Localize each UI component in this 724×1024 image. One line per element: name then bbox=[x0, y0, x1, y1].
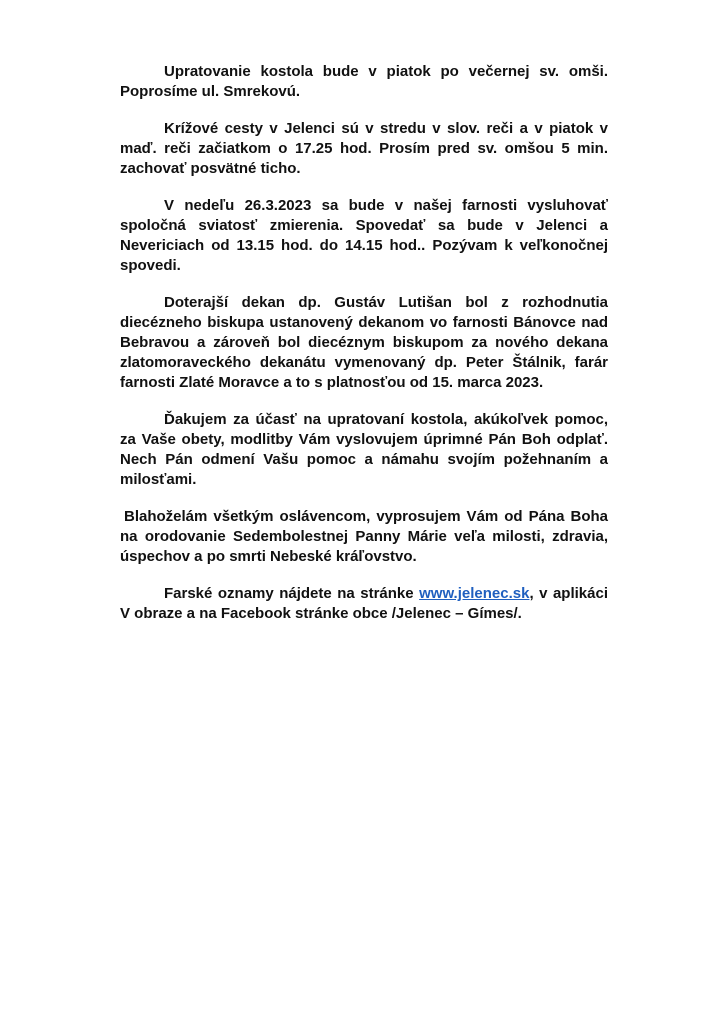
document-page: Upratovanie kostola bude v piatok po več… bbox=[120, 62, 608, 641]
paragraph-confession: V nedeľu 26.3.2023 sa bude v našej farno… bbox=[120, 196, 608, 276]
paragraph-announcements-info: Farské oznamy nájdete na stránke www.jel… bbox=[120, 584, 608, 624]
paragraph-stations-of-cross: Krížové cesty v Jelenci sú v stredu v sl… bbox=[120, 119, 608, 179]
announcements-text-before-link: Farské oznamy nájdete na stránke bbox=[164, 585, 419, 602]
paragraph-church-cleaning: Upratovanie kostola bude v piatok po več… bbox=[120, 62, 608, 102]
paragraph-thanks: Ďakujem za účasť na upratovaní kostola, … bbox=[120, 410, 608, 490]
paragraph-congratulations: Blahoželám všetkým oslávencom, vyprosuje… bbox=[120, 507, 608, 567]
paragraph-dean-appointment: Doterajší dekan dp. Gustáv Lutišan bol z… bbox=[120, 293, 608, 393]
website-link[interactable]: www.jelenec.sk bbox=[419, 585, 529, 602]
